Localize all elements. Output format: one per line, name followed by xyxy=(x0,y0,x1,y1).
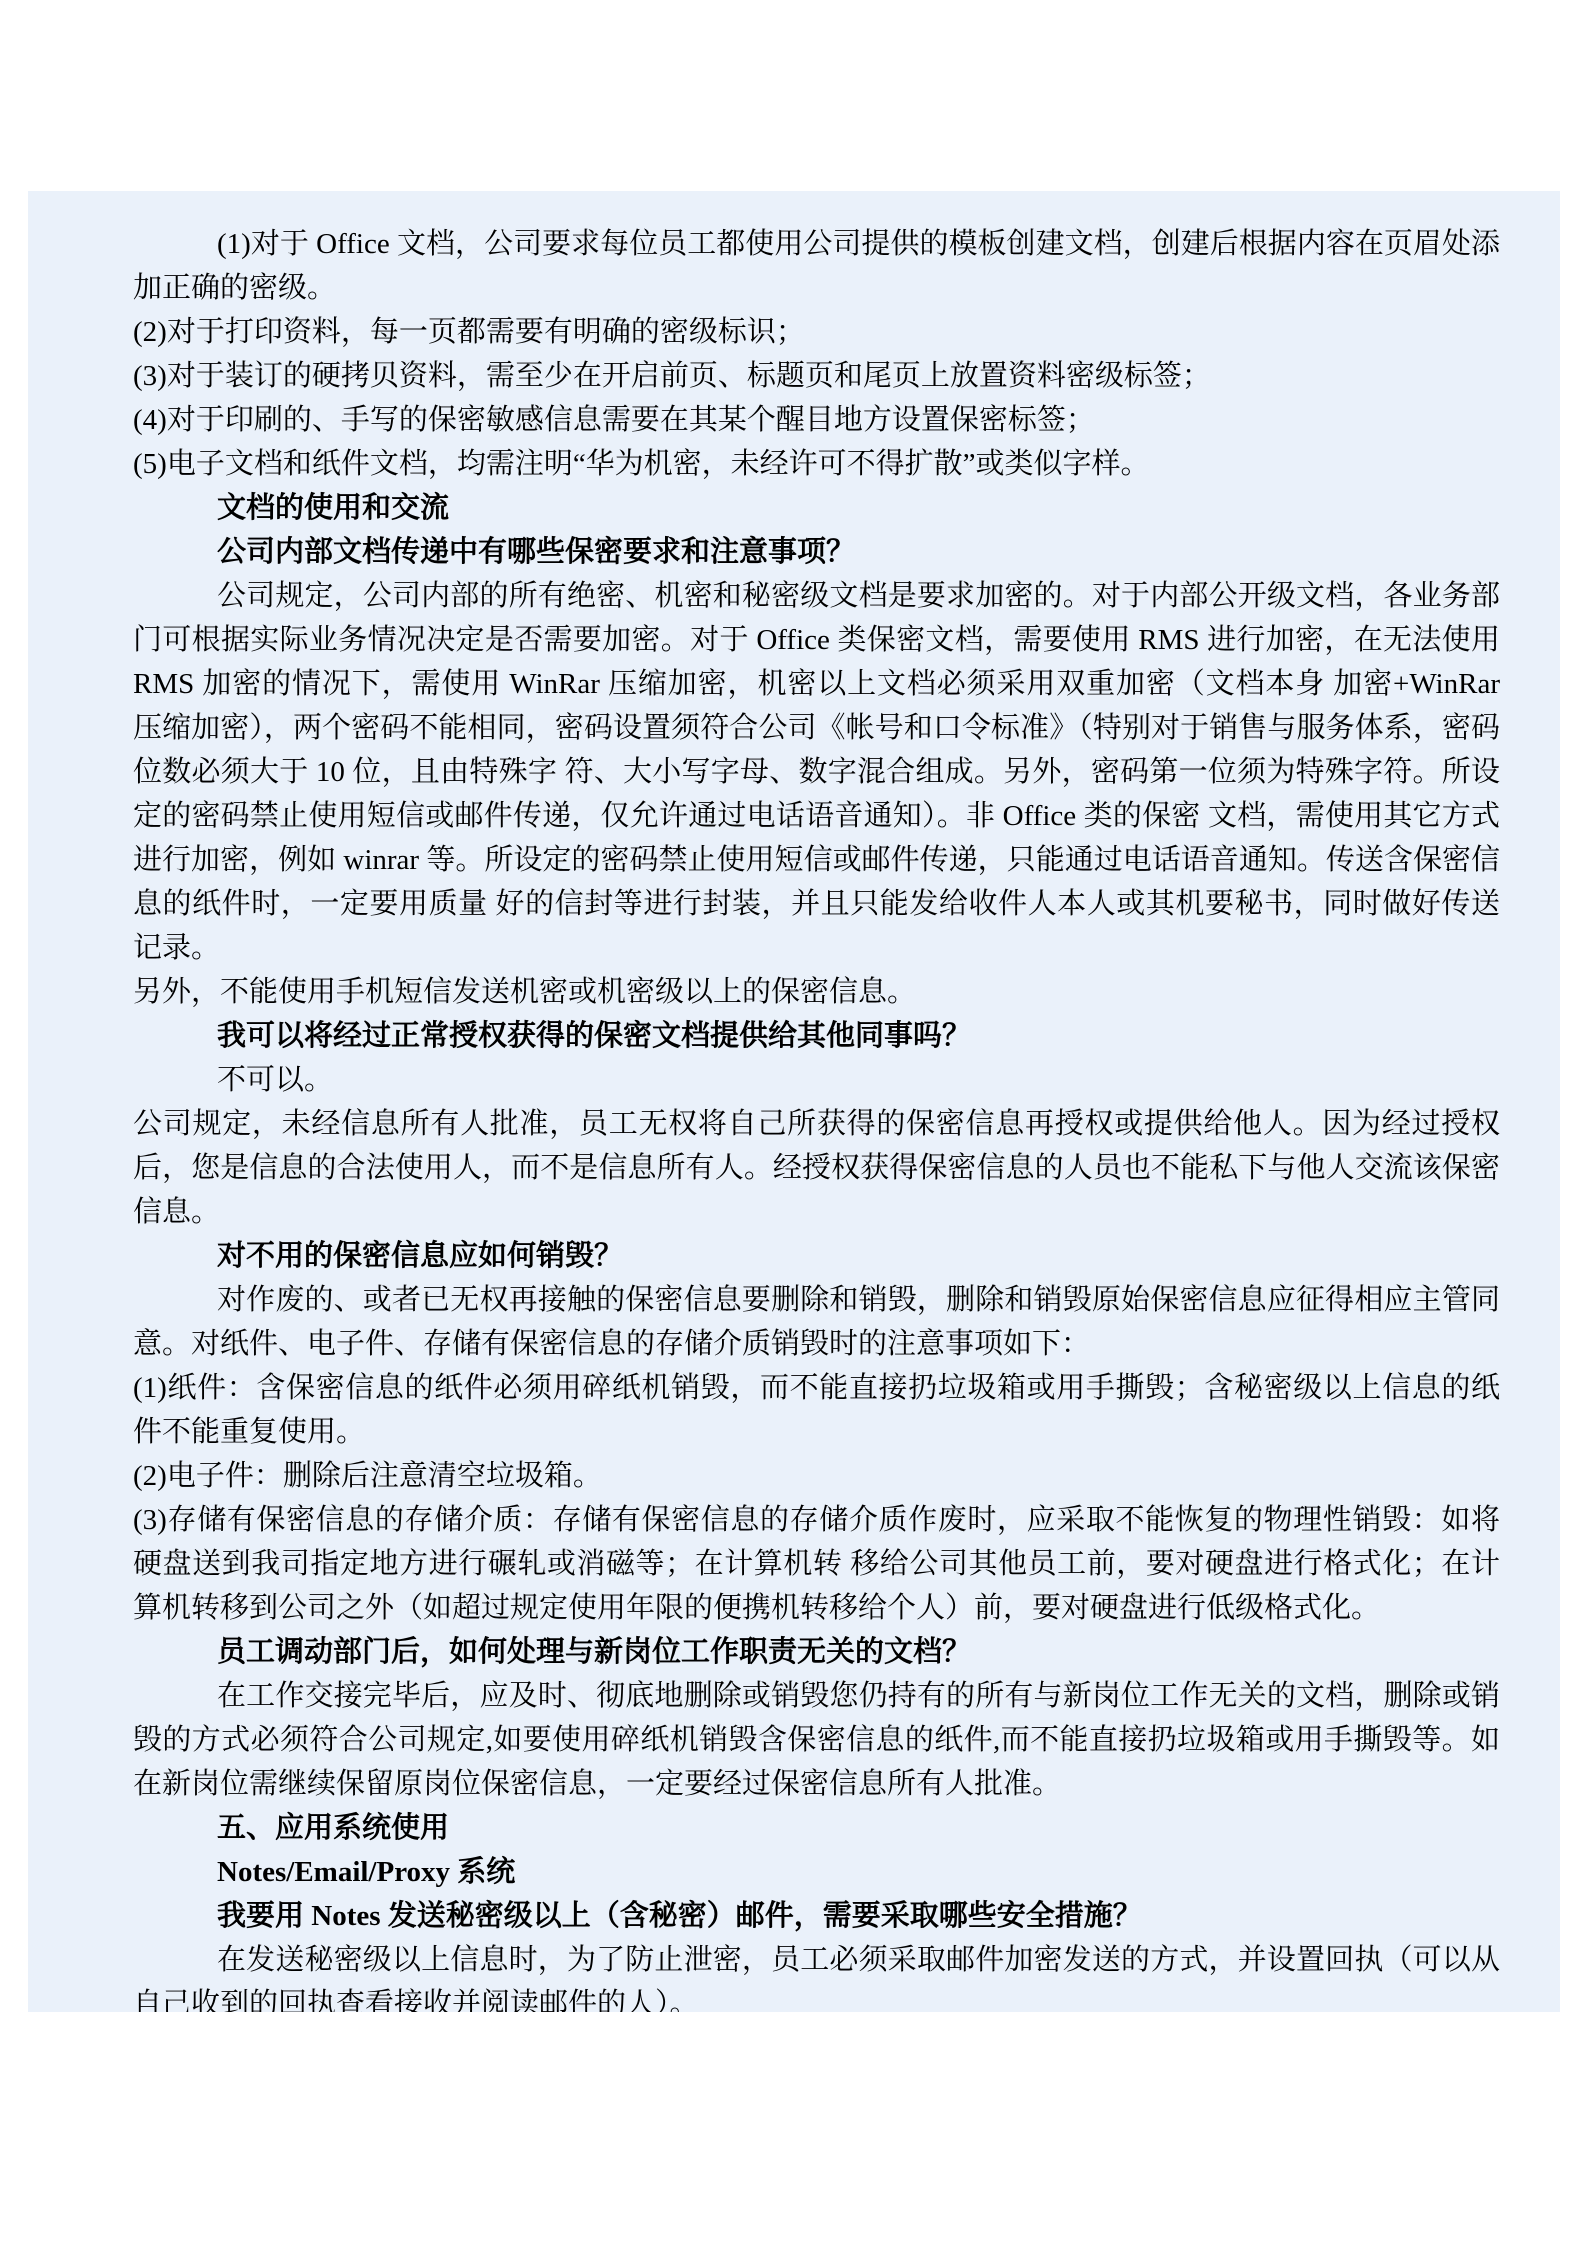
document-paragraph: 公司规定，未经信息所有人批准，员工无权将自己所获得的保密信息再授权或提供给他人。… xyxy=(133,1102,1500,1234)
document-heading: 公司内部文档传递中有哪些保密要求和注意事项？ xyxy=(133,530,1500,574)
document-body: (1)对于 Office 文档，公司要求每位员工都使用公司提供的模板创建文档，创… xyxy=(133,222,1500,2012)
document-heading: 员工调动部门后，如何处理与新岗位工作职责无关的文档？ xyxy=(133,1630,1500,1674)
document-paragraph: (4)对于印刷的、手写的保密敏感信息需要在其某个醒目地方设置保密标签； xyxy=(133,398,1500,442)
document-paragraph: 对作废的、或者已无权再接触的保密信息要删除和销毁，删除和销毁原始保密信息应征得相… xyxy=(133,1278,1500,1366)
document-paragraph: (5)电子文档和纸件文档，均需注明“华为机密，未经许可不得扩散”或类似字样。 xyxy=(133,442,1500,486)
document-paragraph: (2)电子件：删除后注意清空垃圾箱。 xyxy=(133,1454,1500,1498)
document-heading: 我可以将经过正常授权获得的保密文档提供给其他同事吗？ xyxy=(133,1014,1500,1058)
document-paragraph: (1)对于 Office 文档，公司要求每位员工都使用公司提供的模板创建文档，创… xyxy=(133,222,1500,310)
document-paragraph: (2)对于打印资料，每一页都需要有明确的密级标识； xyxy=(133,310,1500,354)
document-heading: Notes/Email/Proxy 系统 xyxy=(133,1850,1500,1894)
document-paragraph: 在工作交接完毕后，应及时、彻底地删除或销毁您仍持有的所有与新岗位工作无关的文档，… xyxy=(133,1674,1500,1806)
document-page-panel: (1)对于 Office 文档，公司要求每位员工都使用公司提供的模板创建文档，创… xyxy=(28,191,1560,2012)
document-heading: 五、应用系统使用 xyxy=(133,1806,1500,1850)
document-heading: 我要用 Notes 发送秘密级以上（含秘密）邮件，需要采取哪些安全措施？ xyxy=(133,1894,1500,1938)
document-paragraph: 不可以。 xyxy=(133,1058,1500,1102)
document-paragraph: (1)纸件：含保密信息的纸件必须用碎纸机销毁，而不能直接扔垃圾箱或用手撕毁；含秘… xyxy=(133,1366,1500,1454)
document-paragraph: 在发送秘密级以上信息时，为了防止泄密，员工必须采取邮件加密发送的方式，并设置回执… xyxy=(133,1938,1500,2012)
document-paragraph: 公司规定，公司内部的所有绝密、机密和秘密级文档是要求加密的。对于内部公开级文档，… xyxy=(133,574,1500,970)
document-paragraph: (3)对于装订的硬拷贝资料，需至少在开启前页、标题页和尾页上放置资料密级标签； xyxy=(133,354,1500,398)
document-heading: 文档的使用和交流 xyxy=(133,486,1500,530)
document-paragraph: 另外，不能使用手机短信发送机密或机密级以上的保密信息。 xyxy=(133,970,1500,1014)
page: { "page": { "background_color": "#ffffff… xyxy=(0,0,1587,2245)
document-heading: 对不用的保密信息应如何销毁？ xyxy=(133,1234,1500,1278)
document-paragraph: (3)存储有保密信息的存储介质：存储有保密信息的存储介质作废时，应采取不能恢复的… xyxy=(133,1498,1500,1630)
